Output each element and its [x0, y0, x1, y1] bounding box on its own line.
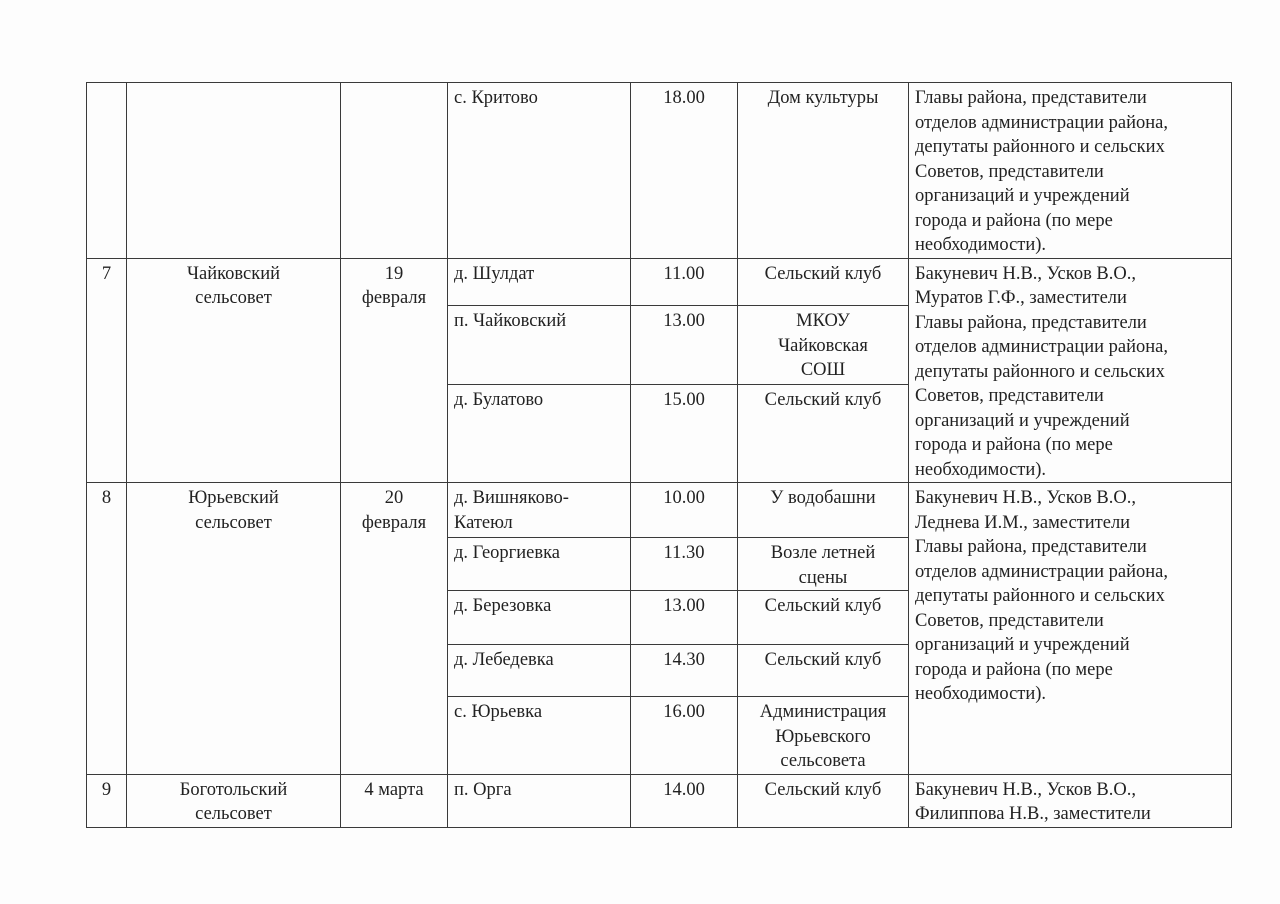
row-number-line: 8	[93, 486, 120, 511]
meeting-venue-line: Сельский клуб	[744, 778, 902, 803]
meeting-time: 11.00	[631, 258, 738, 306]
meeting-date-line: февраля	[347, 286, 441, 311]
meeting-venue: Сельский клуб	[738, 258, 909, 306]
council-name	[127, 83, 341, 259]
meeting-venue-line: сельсовета	[744, 749, 902, 774]
council-name-line: сельсовет	[133, 286, 334, 311]
meeting-date-line: 4 марта	[347, 778, 441, 803]
participants-list-line: организаций и учреждений	[915, 184, 1225, 209]
table-row: 9Боготольскийсельсовет4 мартап. Орга14.0…	[87, 774, 1232, 827]
participants-list: Бакуневич Н.В., Усков В.О.,Муратов Г.Ф.,…	[909, 258, 1232, 483]
meeting-venue-line: Сельский клуб	[744, 648, 902, 673]
meeting-date-line: 20	[347, 486, 441, 511]
participants-list-line: организаций и учреждений	[915, 633, 1225, 658]
participants-list: Бакуневич Н.В., Усков В.О.,Леднева И.М.,…	[909, 483, 1232, 775]
row-number: 7	[87, 258, 127, 483]
settlement-name: д. Лебедевка	[448, 645, 631, 697]
settlement-name: д. Шулдат	[448, 258, 631, 306]
settlement-name: с. Критово	[448, 83, 631, 259]
council-name-line: Боготольский	[133, 778, 334, 803]
settlement-name-line: с. Критово	[454, 86, 624, 111]
meeting-venue-line: Дом культуры	[744, 86, 902, 111]
participants-list-line: города и района (по мере	[915, 433, 1225, 458]
meeting-schedule-table: с. Критово18.00Дом культурыГлавы района,…	[86, 82, 1232, 828]
scanned-document-page: с. Критово18.00Дом культурыГлавы района,…	[0, 0, 1280, 904]
settlement-name-line: д. Георгиевка	[454, 541, 624, 566]
meeting-venue-line: Сельский клуб	[744, 388, 902, 413]
meeting-venue: У водобашни	[738, 483, 909, 538]
meeting-venue: МКОУЧайковскаяСОШ	[738, 306, 909, 385]
meeting-date: 19февраля	[341, 258, 448, 483]
participants-list-line: организаций и учреждений	[915, 409, 1225, 434]
meeting-time-line: 16.00	[637, 700, 731, 725]
settlement-name: п. Орга	[448, 774, 631, 827]
participants-list-line: Главы района, представители	[915, 535, 1225, 560]
participants-list-line: Главы района, представители	[915, 86, 1225, 111]
meeting-time-line: 10.00	[637, 486, 731, 511]
meeting-date: 4 марта	[341, 774, 448, 827]
meeting-time: 15.00	[631, 385, 738, 483]
council-name-line: Чайковский	[133, 262, 334, 287]
meeting-venue-line: У водобашни	[744, 486, 902, 511]
participants-list: Бакуневич Н.В., Усков В.О.,Филиппова Н.В…	[909, 774, 1232, 827]
meeting-time-line: 11.30	[637, 541, 731, 566]
meeting-time-line: 14.30	[637, 648, 731, 673]
settlement-name: д. Булатово	[448, 385, 631, 483]
council-name-line: сельсовет	[133, 802, 334, 827]
meeting-time: 18.00	[631, 83, 738, 259]
meeting-time: 16.00	[631, 697, 738, 775]
table-row: с. Критово18.00Дом культурыГлавы района,…	[87, 83, 1232, 259]
meeting-venue: Дом культуры	[738, 83, 909, 259]
meeting-time: 14.30	[631, 645, 738, 697]
meeting-venue-line: Сельский клуб	[744, 594, 902, 619]
meeting-time: 14.00	[631, 774, 738, 827]
settlement-name-line: д. Булатово	[454, 388, 624, 413]
settlement-name-line: п. Чайковский	[454, 309, 624, 334]
meeting-venue: Сельский клуб	[738, 774, 909, 827]
participants-list-line: депутаты районного и сельских	[915, 584, 1225, 609]
meeting-venue-line: Администрация	[744, 700, 902, 725]
council-name-line: сельсовет	[133, 511, 334, 536]
settlement-name-line: Катеюл	[454, 511, 624, 536]
settlement-name: с. Юрьевка	[448, 697, 631, 775]
participants-list-line: необходимости).	[915, 233, 1225, 258]
meeting-time: 10.00	[631, 483, 738, 538]
meeting-venue-line: Чайковская	[744, 334, 902, 359]
meeting-time-line: 11.00	[637, 262, 731, 287]
settlement-name-line: д. Березовка	[454, 594, 624, 619]
council-name: Юрьевскийсельсовет	[127, 483, 341, 775]
meeting-venue-line: Возле летней	[744, 541, 902, 566]
row-number: 8	[87, 483, 127, 775]
meeting-venue: Сельский клуб	[738, 645, 909, 697]
meeting-venue-line: МКОУ	[744, 309, 902, 334]
meeting-time: 13.00	[631, 591, 738, 645]
settlement-name: д. Вишняково-Катеюл	[448, 483, 631, 538]
row-number-line: 7	[93, 262, 120, 287]
meeting-venue-line: Сельский клуб	[744, 262, 902, 287]
meeting-date-line: 19	[347, 262, 441, 287]
settlement-name: д. Георгиевка	[448, 538, 631, 591]
settlement-name: п. Чайковский	[448, 306, 631, 385]
settlement-name-line: с. Юрьевка	[454, 700, 624, 725]
meeting-venue: Сельский клуб	[738, 385, 909, 483]
row-number: 9	[87, 774, 127, 827]
participants-list-line: отделов администрации района,	[915, 560, 1225, 585]
participants-list-line: Советов, представители	[915, 384, 1225, 409]
settlement-name: д. Березовка	[448, 591, 631, 645]
meeting-time-line: 13.00	[637, 594, 731, 619]
participants-list-line: Бакуневич Н.В., Усков В.О.,	[915, 778, 1225, 803]
participants-list-line: Бакуневич Н.В., Усков В.О.,	[915, 262, 1225, 287]
participants-list-line: отделов администрации района,	[915, 111, 1225, 136]
council-name: Чайковскийсельсовет	[127, 258, 341, 483]
participants-list-line: отделов администрации района,	[915, 335, 1225, 360]
participants-list-line: Бакуневич Н.В., Усков В.О.,	[915, 486, 1225, 511]
participants-list-line: Советов, представители	[915, 160, 1225, 185]
participants-list: Главы района, представителиотделов админ…	[909, 83, 1232, 259]
meeting-time: 13.00	[631, 306, 738, 385]
participants-list-line: Филиппова Н.В., заместители	[915, 802, 1225, 827]
meeting-venue-line: Юрьевского	[744, 725, 902, 750]
participants-list-line: города и района (по мере	[915, 658, 1225, 683]
meeting-time: 11.30	[631, 538, 738, 591]
meeting-venue-line: сцены	[744, 566, 902, 591]
row-number	[87, 83, 127, 259]
council-name-line: Юрьевский	[133, 486, 334, 511]
participants-list-line: необходимости).	[915, 682, 1225, 707]
participants-list-line: Леднева И.М., заместители	[915, 511, 1225, 536]
meeting-venue-line: СОШ	[744, 358, 902, 383]
participants-list-line: города и района (по мере	[915, 209, 1225, 234]
settlement-name-line: д. Лебедевка	[454, 648, 624, 673]
meeting-date: 20февраля	[341, 483, 448, 775]
meeting-time-line: 15.00	[637, 388, 731, 413]
participants-list-line: Муратов Г.Ф., заместители	[915, 286, 1225, 311]
meeting-date-line: февраля	[347, 511, 441, 536]
row-number-line: 9	[93, 778, 120, 803]
schedule-table-body: с. Критово18.00Дом культурыГлавы района,…	[87, 83, 1232, 828]
meeting-date	[341, 83, 448, 259]
settlement-name-line: д. Шулдат	[454, 262, 624, 287]
meeting-venue: АдминистрацияЮрьевскогосельсовета	[738, 697, 909, 775]
meeting-time-line: 13.00	[637, 309, 731, 334]
settlement-name-line: п. Орга	[454, 778, 624, 803]
participants-list-line: Советов, представители	[915, 609, 1225, 634]
participants-list-line: необходимости).	[915, 458, 1225, 483]
participants-list-line: депутаты районного и сельских	[915, 135, 1225, 160]
table-row: 8Юрьевскийсельсовет20февраляд. Вишняково…	[87, 483, 1232, 538]
meeting-venue: Сельский клуб	[738, 591, 909, 645]
table-row: 7Чайковскийсельсовет19февраляд. Шулдат11…	[87, 258, 1232, 306]
participants-list-line: депутаты районного и сельских	[915, 360, 1225, 385]
participants-list-line: Главы района, представители	[915, 311, 1225, 336]
council-name: Боготольскийсельсовет	[127, 774, 341, 827]
meeting-time-line: 14.00	[637, 778, 731, 803]
meeting-time-line: 18.00	[637, 86, 731, 111]
meeting-venue: Возле летнейсцены	[738, 538, 909, 591]
settlement-name-line: д. Вишняково-	[454, 486, 624, 511]
